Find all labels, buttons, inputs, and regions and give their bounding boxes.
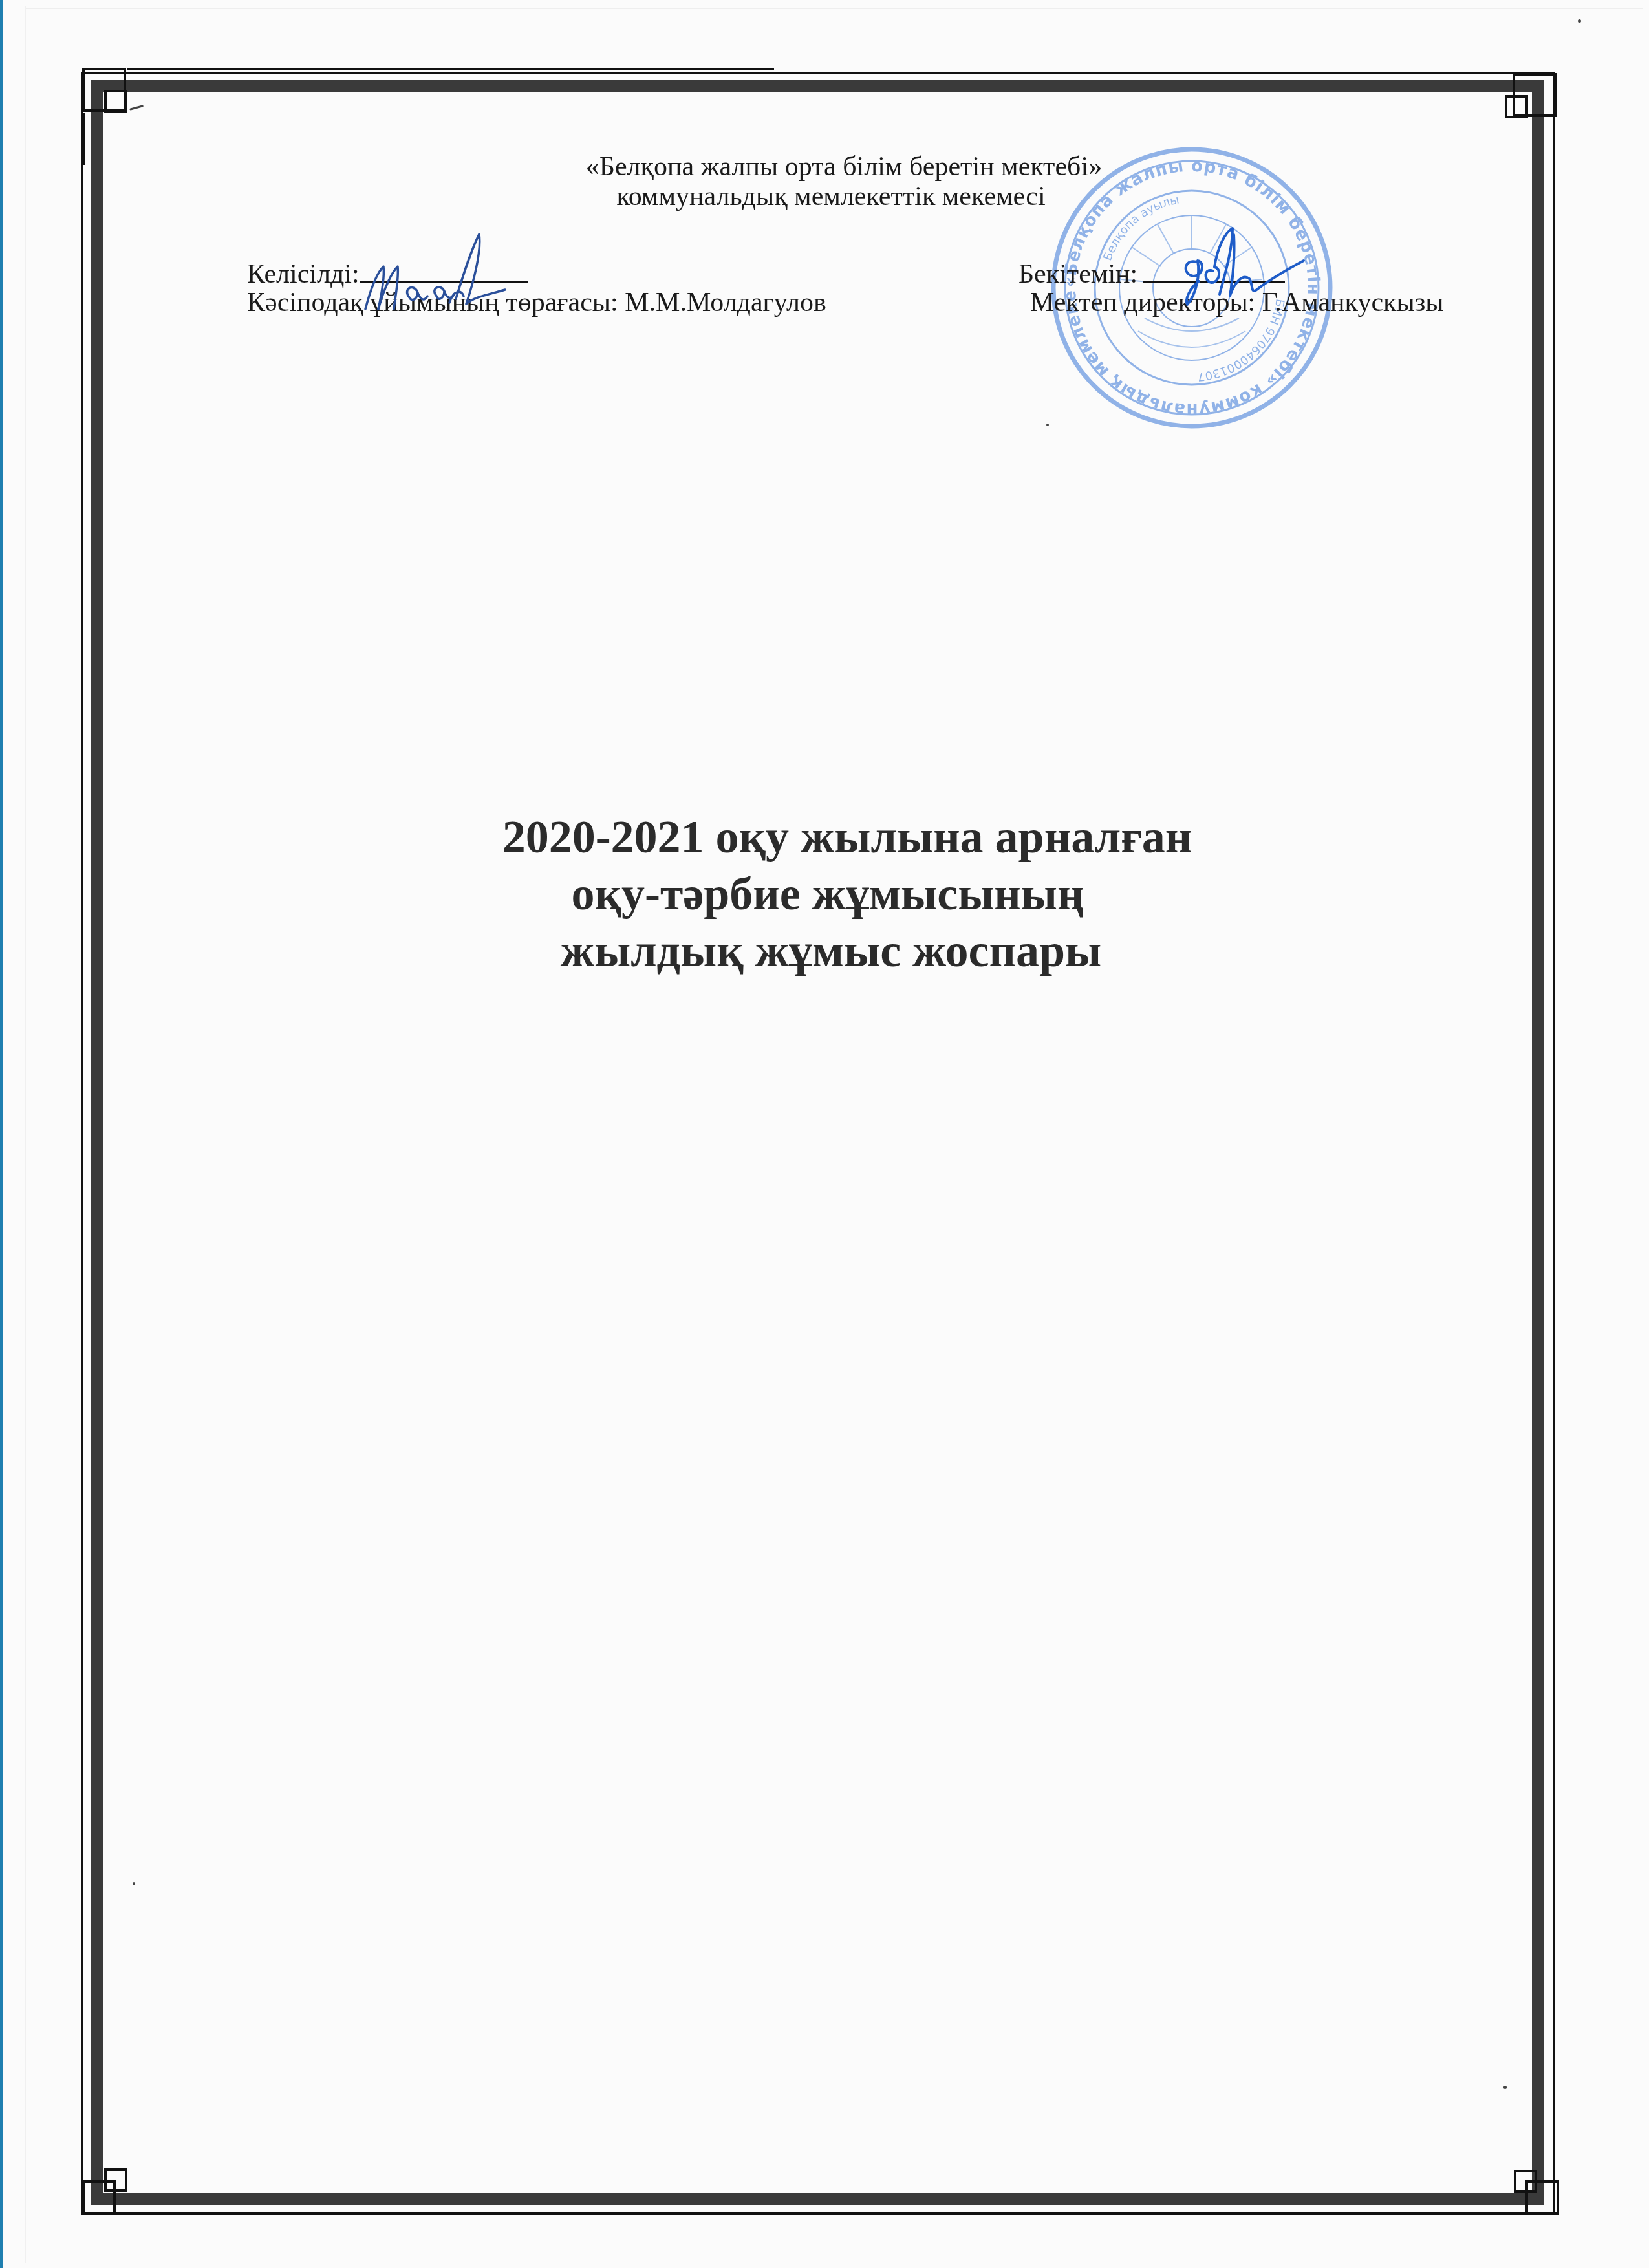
agreed-block: Келісілді: Кәсіподақ ұйымының төрағасы: … — [247, 260, 826, 317]
frame-corner-ornament — [1502, 68, 1564, 130]
organization-name-line-1: «Белқопа жалпы орта білім беретін мектеб… — [0, 153, 1649, 181]
frame-corner-ornament — [82, 2150, 144, 2212]
scan-speck — [1046, 424, 1049, 426]
organization-name-line-2: коммунальдық мемлекеттік мекемесі — [0, 182, 1649, 211]
signature-icon — [1170, 223, 1319, 307]
scan-speck — [1503, 2086, 1507, 2089]
scan-speck — [133, 1882, 135, 1885]
scan-shadow — [25, 6, 26, 2263]
title-line-1: 2020-2021 оқу жылына арналған — [0, 808, 1649, 865]
scan-edge — [0, 0, 3, 2268]
title-line-2: оқу-тәрбие жұмысының — [0, 865, 1649, 922]
title-line-3: жылдық жұмыс жоспары — [0, 922, 1649, 979]
document-title: 2020-2021 оқу жылына арналған оқу-тәрбие… — [0, 808, 1649, 979]
approved-label: Бекітемін: — [1018, 259, 1137, 289]
agreed-role: Кәсіподақ ұйымының төрағасы: М.М.Молдагу… — [247, 288, 826, 317]
frame-corner-ornament — [1502, 2150, 1564, 2212]
scan-shadow — [26, 8, 1643, 9]
frame-corner-ornament — [82, 68, 144, 130]
agreed-label: Келісілді: — [247, 259, 360, 289]
scan-speck — [1578, 19, 1581, 23]
signature-icon — [352, 226, 521, 317]
